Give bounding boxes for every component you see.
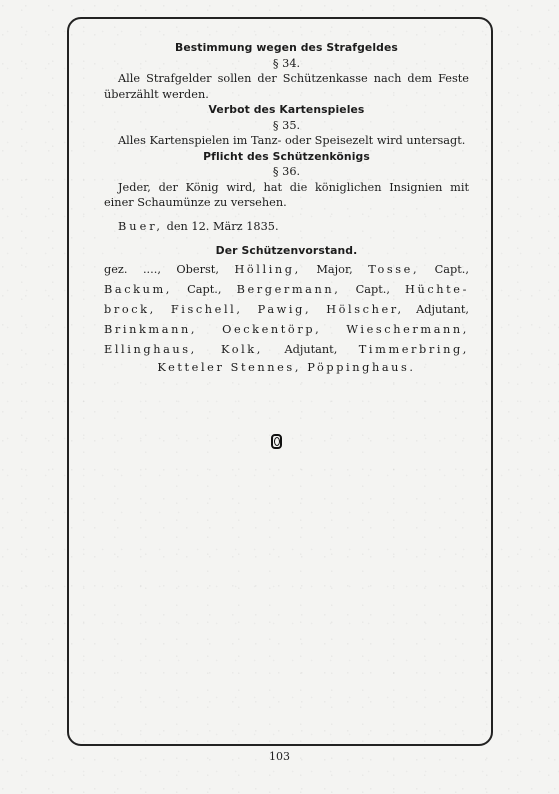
page-number: 103 xyxy=(0,750,559,763)
date-line: Buer, den 12. März 1835. xyxy=(104,219,469,235)
signature-segment: Hüchte- xyxy=(405,283,469,296)
document-body: Bestimmung wegen des Strafgeldes § 34. A… xyxy=(104,40,469,377)
paragraph-number: § 36. xyxy=(104,164,469,180)
date-text: den 12. März 1835. xyxy=(163,220,279,233)
signature-line: Brinkmann, Oeckentörp, Wieschermann, xyxy=(104,321,469,339)
signature-last-line: Ketteler Stennes, Pöppinghaus. xyxy=(104,359,469,377)
section-text: Alles Kartenspielen im Tanz- oder Speise… xyxy=(104,133,469,149)
signature-segment: Bergermann, xyxy=(237,283,341,296)
signature-segment: Major, xyxy=(301,263,368,276)
signature-segment: Timmerbring, xyxy=(359,343,469,356)
section-text: Jeder, der König wird, hat die königlich… xyxy=(104,180,469,211)
section-36: Pflicht des Schützenkönigs § 36. Jeder, … xyxy=(104,149,469,211)
signature-segment: Tosse, xyxy=(368,263,419,276)
signature-line: gez. ...., Oberst, Hölling, Major, Tosse… xyxy=(104,261,469,279)
signature-segment: Ellinghaus, Kolk, xyxy=(104,343,263,356)
signature-line: brock, Fischell, Pawig, Hölscher, Adjuta… xyxy=(104,301,469,319)
signature-segment: Hölling, xyxy=(234,263,300,276)
section-text: Alle Strafgelder sollen der Schützenkass… xyxy=(104,71,469,102)
paragraph-number: § 34. xyxy=(104,56,469,72)
section-heading: Pflicht des Schützenkönigs xyxy=(104,149,469,165)
signature-list: gez. ...., Oberst, Hölling, Major, Tosse… xyxy=(104,261,469,359)
section-heading: Verbot des Kartenspieles xyxy=(104,102,469,118)
section-heading: Bestimmung wegen des Strafgeldes xyxy=(104,40,469,56)
board-heading: Der Schützenvorstand. xyxy=(104,243,469,259)
signature-segment: Adjutant, xyxy=(404,303,469,316)
signature-line: Backum, Capt., Bergermann, Capt., Hüchte… xyxy=(104,281,469,299)
signature-segment: Capt., xyxy=(340,283,405,296)
section-34: Bestimmung wegen des Strafgeldes § 34. A… xyxy=(104,40,469,102)
ornament-icon xyxy=(271,434,282,449)
date-place: Buer, xyxy=(118,220,163,233)
signature-segment: Capt., xyxy=(172,283,237,296)
section-35: Verbot des Kartenspieles § 35. Alles Kar… xyxy=(104,102,469,149)
paragraph-number: § 35. xyxy=(104,118,469,134)
signature-segment: Brinkmann, Oeckentörp, Wieschermann, xyxy=(104,323,469,336)
signature-segment: Adjutant, xyxy=(263,343,359,356)
signature-segment: gez. ...., Oberst, xyxy=(104,263,234,276)
signature-line: Ellinghaus, Kolk, Adjutant, Timmerbring, xyxy=(104,341,469,359)
signature-segment: Backum, xyxy=(104,283,172,296)
signature-segment: brock, Fischell, Pawig, Hölscher, xyxy=(104,303,404,316)
signature-segment: Capt., xyxy=(419,263,469,276)
